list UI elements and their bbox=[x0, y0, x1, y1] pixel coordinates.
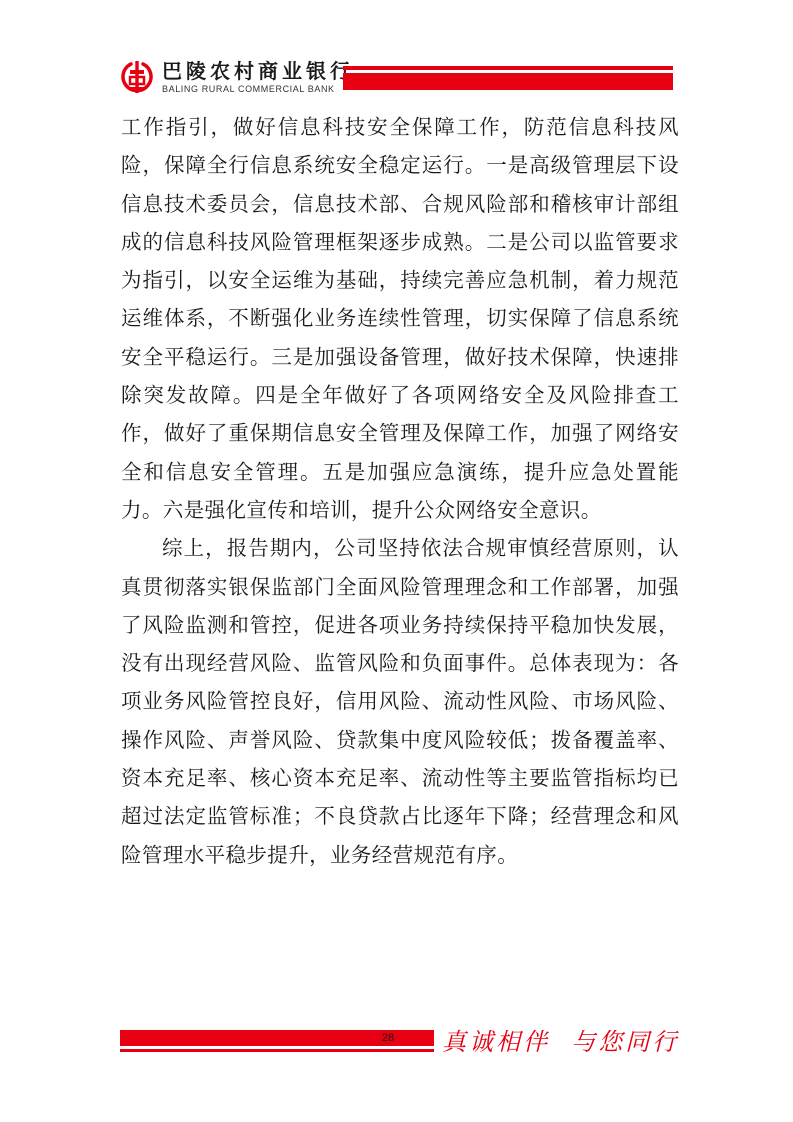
footer-slogan: 真诚相伴 与您同行 bbox=[442, 1024, 679, 1060]
header-stripe-thin bbox=[343, 66, 673, 70]
bank-name-english: BALING RURAL COMMERCIAL BANK bbox=[162, 84, 335, 94]
bank-name-chinese: 巴陵农村商业银行 bbox=[162, 60, 354, 82]
paragraph: 综上，报告期内，公司坚持依法合规审慎经营原则，认真贯彻落实银保监部门全面风险管理… bbox=[121, 529, 679, 874]
document-body: 工作指引，做好信息科技安全保障工作，防范信息科技风险，保障全行信息系统安全稳定运… bbox=[121, 108, 679, 874]
bank-coin-logo-icon bbox=[121, 60, 153, 94]
footer-stripe-thin bbox=[120, 1049, 434, 1052]
header-stripe-thick bbox=[343, 73, 673, 90]
page-header: 巴陵农村商业银行 BALING RURAL COMMERCIAL BANK bbox=[0, 0, 793, 100]
paragraph: 工作指引，做好信息科技安全保障工作，防范信息科技风险，保障全行信息系统安全稳定运… bbox=[121, 108, 679, 529]
page-number: 28 bbox=[368, 1031, 408, 1045]
